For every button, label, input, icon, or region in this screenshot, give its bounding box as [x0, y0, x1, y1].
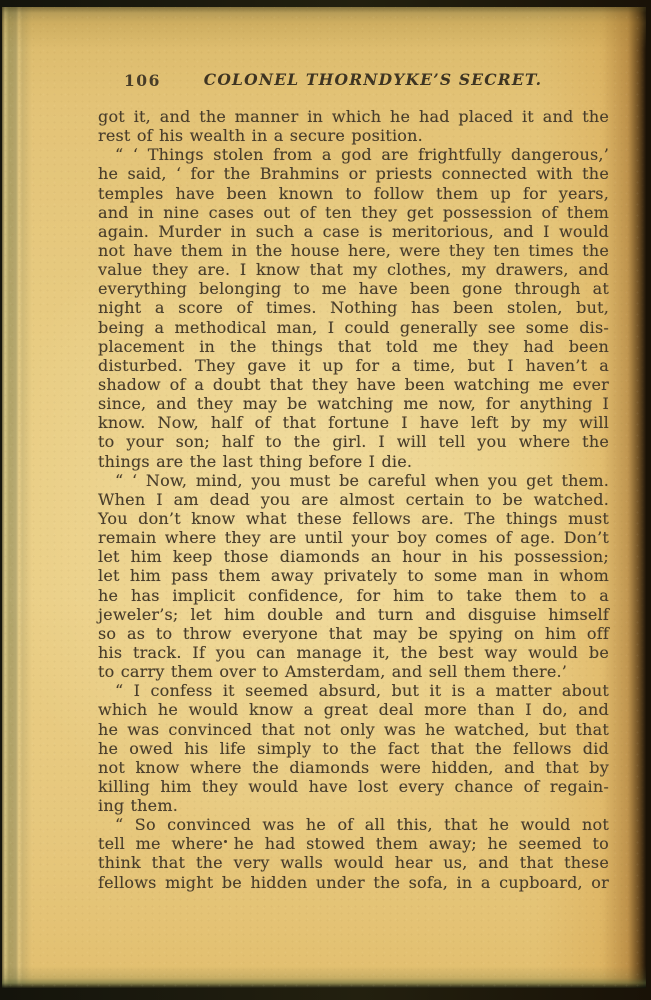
text-line: think that the very walls would hear us,…: [98, 853, 609, 872]
text-line: shadow of a doubt that they have been wa…: [98, 375, 609, 394]
text-line: killing him they would have lost every c…: [98, 777, 609, 796]
text-line: “ ‘ Now, mind, you must be careful when …: [98, 471, 609, 490]
text-line: When I am dead you are almost certain to…: [98, 490, 609, 509]
text-line: everything belonging to me have been gon…: [98, 279, 609, 298]
text-line: rest of his wealth in a secure position.: [98, 126, 609, 145]
text-line: he said, ‘ for the Brahmins or priests c…: [98, 164, 609, 183]
text-line: jeweler’s; let him double and turn and d…: [98, 605, 609, 624]
text-line: “ I confess it seemed absurd, but it is …: [98, 681, 609, 700]
text-line: “ ‘ Things stolen from a god are frightf…: [98, 145, 609, 164]
text-line: let him pass them away privately to some…: [98, 566, 609, 585]
text-line: not have them in the house here, were th…: [98, 241, 609, 260]
text-line: to your son; half to the girl. I will te…: [98, 432, 609, 451]
text-line: tell me where he had stowed them away; h…: [98, 834, 609, 853]
text-line: his track. If you can manage it, the bes…: [98, 643, 609, 662]
page-text: got it, and the manner in which he had p…: [98, 107, 609, 892]
text-line: temples have been known to follow them u…: [98, 184, 609, 203]
running-header: COLONEL THORNDYKE’S SECRET.: [96, 70, 610, 89]
text-line: he was convinced that not only was he wa…: [98, 720, 609, 739]
text-line: ing them.: [98, 796, 609, 815]
page-number: 106: [124, 71, 161, 90]
text-line: since, and they may be watching me now, …: [98, 394, 609, 413]
page-paper: 106 COLONEL THORNDYKE’S SECRET. got it, …: [2, 7, 646, 988]
text-line: fellows might be hidden under the sofa, …: [98, 873, 609, 892]
text-line: to carry them over to Amsterdam, and sel…: [98, 662, 609, 681]
text-line: let him keep those diamonds an hour in h…: [98, 547, 609, 566]
text-line: not know where the diamonds were hidden,…: [98, 758, 609, 777]
text-line: so as to throw everyone that may be spyi…: [98, 624, 609, 643]
text-line: You don’t know what these fellows are. T…: [98, 509, 609, 528]
text-line: got it, and the manner in which he had p…: [98, 107, 609, 126]
text-line: value they are. I know that my clothes, …: [98, 260, 609, 279]
text-line: “ So convinced was he of all this, that …: [98, 815, 609, 834]
text-line: again. Murder in such a case is meritori…: [98, 222, 609, 241]
text-line: remain where they are until your boy com…: [98, 528, 609, 547]
text-line: he has implicit confidence, for him to t…: [98, 586, 609, 605]
text-line: he owed his life simply to the fact that…: [98, 739, 609, 758]
text-line: being a methodical man, I could generall…: [98, 318, 609, 337]
page-header: 106 COLONEL THORNDYKE’S SECRET.: [96, 70, 610, 90]
text-line: know. Now, half of that fortune I have l…: [98, 413, 609, 432]
text-line: and in nine cases out of ten they get po…: [98, 203, 609, 222]
text-line: which he would know a great deal more th…: [98, 700, 609, 719]
text-line: things are the last thing before I die.: [98, 452, 609, 471]
text-line: night a score of times. Nothing has been…: [98, 298, 609, 317]
book-page-scan: 106 COLONEL THORNDYKE’S SECRET. got it, …: [0, 0, 651, 1000]
text-line: placement in the things that told me the…: [98, 337, 609, 356]
ink-speck: [224, 840, 227, 843]
text-line: disturbed. They gave it up for a time, b…: [98, 356, 609, 375]
